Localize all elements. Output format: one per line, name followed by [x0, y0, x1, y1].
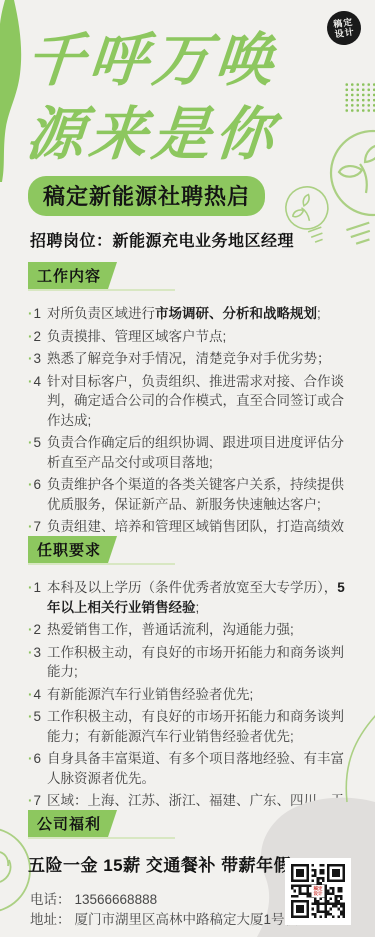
title-line1: 千呼万唤	[23, 24, 281, 98]
contact-block: 电话：13566668888 地址：厦门市湖里区高林中路稿定大厦1号楼	[30, 890, 298, 930]
list-item: ·2 负责摸排、管理区域客户节点;	[28, 327, 350, 347]
list-item: ·4 有新能源汽车行业销售经验者优先;	[28, 685, 350, 705]
subtitle-banner: 稿定新能源社聘热启	[28, 176, 265, 216]
stem-curve-icon	[325, 700, 375, 805]
item-number: 5	[34, 435, 42, 450]
item-number: 6	[34, 751, 42, 766]
list-item: ·6 负责维护各个渠道的各类关键客户关系，持续提供优质服务，保证新产品、新服务快…	[28, 475, 350, 514]
item-text: 针对目标客户，负责组织、推进需求对接、合作谈判，确定适合公司的合作模式，直至合同…	[47, 372, 350, 431]
list-item: ·2 热爱销售工作，普通话流利，沟通能力强;	[28, 620, 350, 640]
item-number: 3	[34, 645, 42, 660]
list-item: ·1 对所负责区域进行市场调研、分析和战略规划;	[28, 304, 350, 324]
phone-label: 电话：	[30, 892, 71, 907]
bullet-dot: ·	[28, 306, 33, 321]
bullet-dot: ·	[28, 687, 33, 702]
section-requirements: 任职要求 ·1 本科及以上学历（条件优秀者放宽至大专学历），5年以上相关行业销售…	[28, 536, 350, 833]
item-text: 工作积极主动，有良好的市场开拓能力和商务谈判能力;	[47, 643, 350, 682]
bullet-dot: ·	[28, 351, 33, 366]
section-requirements-header: 任职要求	[28, 536, 175, 565]
list-item: ·5 负责合作确定后的组织协调、跟进项目进度评估分析直至产品交付或项目落地;	[28, 433, 350, 472]
job-position-line: 招聘岗位：新能源充电业务地区经理	[30, 228, 294, 251]
item-text: 负责摸排、管理区域客户节点;	[47, 327, 350, 347]
contact-address-row: 地址：厦门市湖里区高林中路稿定大厦1号楼	[30, 910, 298, 930]
item-number: 7	[34, 519, 42, 534]
item-text: 熟悉了解竞争对手情况，清楚竞争对手优劣势；	[47, 349, 350, 369]
bullet-dot: ·	[28, 645, 33, 660]
address-value: 厦门市湖里区高林中路稿定大厦1号楼	[75, 912, 299, 927]
item-text: 有新能源汽车行业销售经验者优先;	[47, 685, 350, 705]
bullet-dot: ·	[28, 374, 33, 389]
poster-title: 千呼万唤 源来是你	[26, 24, 278, 172]
address-label: 地址：	[30, 912, 71, 927]
item-text: 对所负责区域进行市场调研、分析和战略规划;	[47, 304, 350, 324]
section-benefits-header-tag: 公司福利	[28, 810, 117, 837]
item-number: 1	[34, 306, 42, 321]
item-text: 热爱销售工作，普通话流利，沟通能力强;	[47, 620, 350, 640]
list-item: ·5 工作积极主动，有良好的市场开拓能力和商务谈判能力；有新能源汽车行业销售经验…	[28, 707, 350, 746]
qr-center-label: 稿定 设计	[312, 885, 325, 897]
item-text: 负责维护各个渠道的各类关键客户关系，持续提供优质服务，保证新产品、新服务快速触达…	[47, 475, 350, 514]
list-item: ·3 熟悉了解竞争对手情况，清楚竞争对手优劣势；	[28, 349, 350, 369]
bullet-dot: ·	[28, 435, 33, 450]
brand-badge: 稿定 设计	[325, 9, 363, 47]
qr-card: 稿定 设计	[285, 858, 351, 925]
bullet-dot: ·	[28, 709, 33, 724]
bullet-dot: ·	[28, 751, 33, 766]
section-requirements-header-tag: 任职要求	[28, 536, 117, 563]
bullet-dot: ·	[28, 793, 33, 808]
item-text: 自身具备丰富渠道、有多个项目落地经验、有丰富人脉资源者优先。	[47, 749, 350, 788]
brand-badge-line2: 设计	[334, 27, 355, 40]
bullet-dot: ·	[28, 519, 33, 534]
item-number: 1	[34, 580, 42, 595]
section-work-header: 工作内容	[28, 262, 175, 291]
list-item: ·1 本科及以上学历（条件优秀者放宽至大专学历），5年以上相关行业销售经验;	[28, 578, 350, 617]
item-text: 负责合作确定后的组织协调、跟进项目进度评估分析直至产品交付或项目落地;	[47, 433, 350, 472]
contact-phone-row: 电话：13566668888	[30, 890, 298, 910]
item-number: 2	[34, 329, 42, 344]
section-work-header-tag: 工作内容	[28, 262, 117, 289]
item-text: 本科及以上学历（条件优秀者放宽至大专学历），5年以上相关行业销售经验;	[47, 578, 350, 617]
item-number: 5	[34, 709, 42, 724]
item-number: 6	[34, 477, 42, 492]
list-item: ·6 自身具备丰富渠道、有多个项目落地经验、有丰富人脉资源者优先。	[28, 749, 350, 788]
item-number: 7	[34, 793, 42, 808]
bullet-dot: ·	[28, 329, 33, 344]
phone-number: 13566668888	[75, 892, 158, 907]
bullet-dot: ·	[28, 580, 33, 595]
item-text: 工作积极主动，有良好的市场开拓能力和商务谈判能力；有新能源汽车行业销售经验者优先…	[47, 707, 350, 746]
bullet-dot: ·	[28, 622, 33, 637]
section-work: 工作内容 ·1 对所负责区域进行市场调研、分析和战略规划; ·2 负责摸排、管理…	[28, 262, 350, 559]
qr-code-icon: 稿定 设计	[291, 864, 345, 918]
item-number: 2	[34, 622, 42, 637]
section-benefits-header: 公司福利	[28, 810, 175, 839]
item-number: 3	[34, 351, 42, 366]
recruitment-poster: 稿定 设计 千呼万唤 源来是你 稿定新能源社聘热启 招聘岗位	[0, 0, 375, 937]
work-item-list: ·1 对所负责区域进行市场调研、分析和战略规划; ·2 负责摸排、管理区域客户节…	[28, 304, 350, 556]
blob-shape-top-left-icon	[0, 0, 26, 182]
list-item: ·4 针对目标客户，负责组织、推进需求对接、合作谈判，确定适合公司的合作模式，直…	[28, 372, 350, 431]
title-line2: 源来是你	[23, 98, 281, 172]
list-item: ·3 工作积极主动，有良好的市场开拓能力和商务谈判能力;	[28, 643, 350, 682]
dots-grid-pattern-icon	[344, 82, 375, 113]
item-number: 4	[34, 374, 42, 389]
bullet-dot: ·	[28, 477, 33, 492]
item-number: 4	[34, 687, 42, 702]
